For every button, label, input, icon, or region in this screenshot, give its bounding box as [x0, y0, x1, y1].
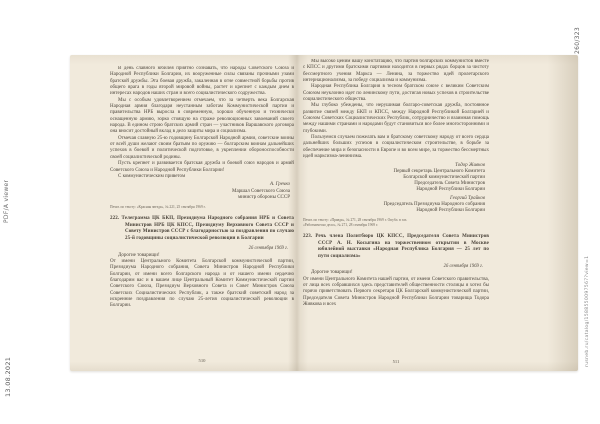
source-note: Печат. по тексту: «Красная звезда», № 22…: [110, 205, 228, 209]
viewer-app-label: PDF/A viewer: [3, 163, 10, 223]
scan-date-label: 13.08.2021: [4, 345, 12, 397]
document-heading: 222. Телеграмма ЦК БКП, Президиума Народ…: [110, 216, 294, 242]
paragraph: Мы с особым удовлетворением отмечаем, чт…: [110, 98, 294, 136]
source-url-label: rusneb.ru/catalog/1588550097567?view=1: [585, 152, 590, 367]
paragraph: В день славного юбилея приятно сознавать…: [110, 66, 294, 98]
signature-title: Председатель Президиума Народного собран…: [303, 202, 489, 214]
paragraph: Мы глубоко убеждены, что нерушимая болга…: [303, 103, 489, 135]
book-scan: В день славного юбилея приятно сознавать…: [70, 55, 578, 371]
page-number: 510: [110, 358, 294, 364]
left-page: В день славного юбилея приятно сознавать…: [110, 66, 294, 364]
paragraph: Отмечая славную 25-ю годовщину Болгарско…: [110, 136, 294, 161]
paragraph: От имени Центрального Комитета нашей пар…: [303, 277, 489, 309]
paragraph: От имени Центрального Комитета Болгарско…: [110, 259, 294, 310]
page-number: 511: [303, 359, 489, 365]
paragraph: Пусть крепнет и развивается братская дру…: [110, 161, 294, 174]
paragraph: Народная Республика Болгария в тесном бр…: [303, 84, 489, 103]
paragraph: С коммунистическим приветом: [110, 174, 294, 180]
document-heading: 223. Речь члена Политбюро ЦК КПСС, Предс…: [303, 234, 489, 260]
source-note: Печат. по тексту: «Правда», № 271, 28 се…: [303, 218, 421, 227]
signature-title: Первый секретарь Центрального Комитета Б…: [303, 169, 489, 194]
signature-title: Маршал Советского Союза министр обороны …: [110, 189, 294, 201]
paragraph: Мы высоко ценим вашу констатацию, что па…: [303, 59, 489, 84]
right-page: Мы высоко ценим вашу констатацию, что па…: [303, 59, 489, 365]
paragraph: Пользуемся случаем пожелать вам и братск…: [303, 135, 489, 160]
page-counter-label: 260/323: [574, 8, 581, 54]
